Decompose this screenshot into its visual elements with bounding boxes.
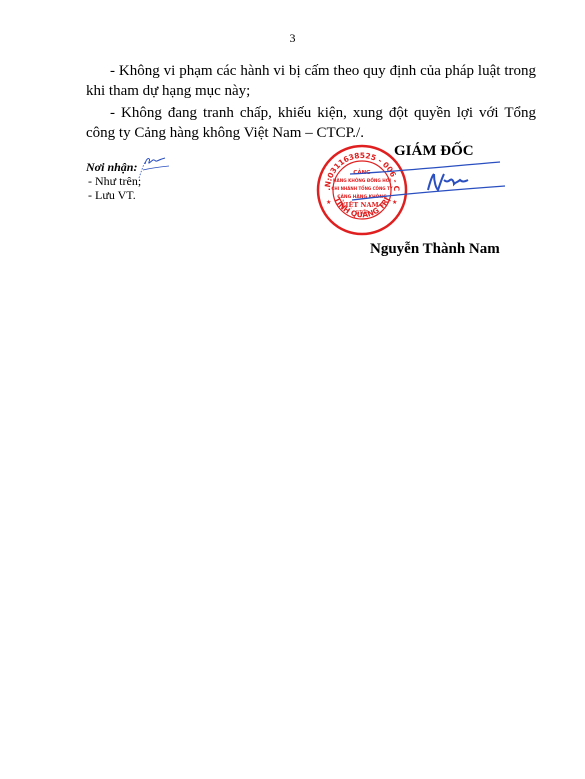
recipients-title: Nơi nhận: <box>86 160 141 174</box>
paragraph-text: - Không vi phạm các hành vi bị cấm theo … <box>86 63 536 99</box>
recipient-item: - Lưu VT. <box>86 188 141 202</box>
recipient-item: - Như trên; <box>86 174 141 188</box>
page-number: 3 <box>0 31 585 46</box>
svg-text:★: ★ <box>326 199 331 206</box>
paragraph-text: - Không đang tranh chấp, khiếu kiện, xun… <box>86 105 536 141</box>
signatory-name: Nguyễn Thành Nam <box>370 241 500 258</box>
paragraph-no-violation: - Không vi phạm các hành vi bị cấm theo … <box>86 61 536 101</box>
signatory-position: GIÁM ĐỐC <box>394 143 474 160</box>
initial-signature-icon <box>137 152 173 182</box>
recipients-block: Nơi nhận: - Như trên; - Lưu VT. <box>86 160 141 202</box>
director-signature-icon <box>350 160 510 220</box>
paragraph-no-dispute: - Không đang tranh chấp, khiếu kiện, xun… <box>86 103 536 143</box>
